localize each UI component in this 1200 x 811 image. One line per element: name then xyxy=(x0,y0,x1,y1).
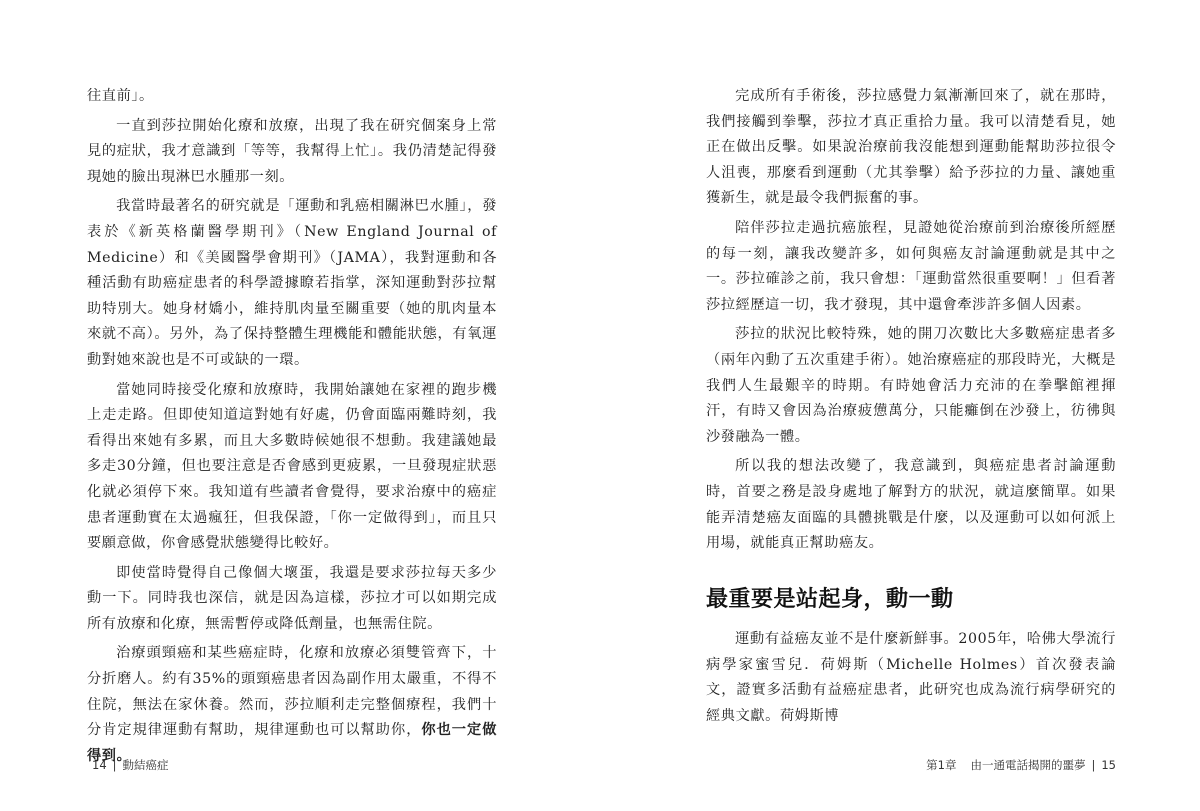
chapter-label: 第1章 xyxy=(926,758,956,772)
paragraph: 即使當時覺得自己像個大壞蛋，我還是要求莎拉每天多少動一下。同時我也深信，就是因為… xyxy=(87,561,497,638)
right-page-body: 完成所有手術後，莎拉感覺力氣漸漸回來了，就在那時，我們接觸到拳擊，莎拉才真正重拾… xyxy=(706,84,1116,561)
separator: | xyxy=(113,758,117,772)
section-heading: 最重要是站起身，動一動 xyxy=(706,582,954,613)
left-page-footer: 14|動結癌症 xyxy=(92,757,169,773)
right-page: 完成所有手術後，莎拉感覺力氣漸漸回來了，就在那時，我們接觸到拳擊，莎拉才真正重拾… xyxy=(600,0,1200,811)
paragraph: 往直前」。 xyxy=(87,84,497,110)
paragraph: 完成所有手術後，莎拉感覺力氣漸漸回來了，就在那時，我們接觸到拳擊，莎拉才真正重拾… xyxy=(706,84,1116,212)
paragraph: 治療頭頸癌和某些癌症時，化療和放療必須雙管齊下，十分折磨人。約有35%的頭頸癌患… xyxy=(87,641,497,769)
section-body: 運動有益癌友並不是什麼新鮮事。2005年，哈佛大學流行病學家蜜雪兒．荷姆斯（Mi… xyxy=(706,627,1116,733)
book-title: 動結癌症 xyxy=(123,758,169,772)
chapter-title: 由一通電話揭開的噩夢 xyxy=(970,758,1085,772)
paragraph: 莎拉的狀況比較特殊，她的開刀次數比大多數癌症患者多（兩年內動了五次重建手術）。她… xyxy=(706,322,1116,450)
paragraph: 陪伴莎拉走過抗癌旅程，見證她從治療前到治療後所經歷的每一刻，讓我改變許多，如何與… xyxy=(706,216,1116,318)
separator: | xyxy=(1091,758,1095,772)
page-number: 15 xyxy=(1101,758,1116,772)
paragraph: 我當時最著名的研究就是「運動和乳癌相關淋巴水腫」，發表於《新英格蘭醫學期刊》（N… xyxy=(87,194,497,373)
left-page: 往直前」。 一直到莎拉開始化療和放療，出現了我在研究個案身上常見的症狀，我才意識… xyxy=(0,0,600,811)
right-page-footer: 第1章由一通電話揭開的噩夢|15 xyxy=(926,757,1116,773)
page-number: 14 xyxy=(92,758,107,772)
paragraph: 一直到莎拉開始化療和放療，出現了我在研究個案身上常見的症狀，我才意識到「等等，我… xyxy=(87,114,497,191)
left-page-body: 往直前」。 一直到莎拉開始化療和放療，出現了我在研究個案身上常見的症狀，我才意識… xyxy=(87,84,497,773)
paragraph: 所以我的想法改變了，我意識到，與癌症患者討論運動時，首要之務是設身處地了解對方的… xyxy=(706,454,1116,556)
paragraph: 運動有益癌友並不是什麼新鮮事。2005年，哈佛大學流行病學家蜜雪兒．荷姆斯（Mi… xyxy=(706,627,1116,729)
paragraph: 當她同時接受化療和放療時，我開始讓她在家裡的跑步機上走走路。但即使知道這對她有好… xyxy=(87,378,497,557)
